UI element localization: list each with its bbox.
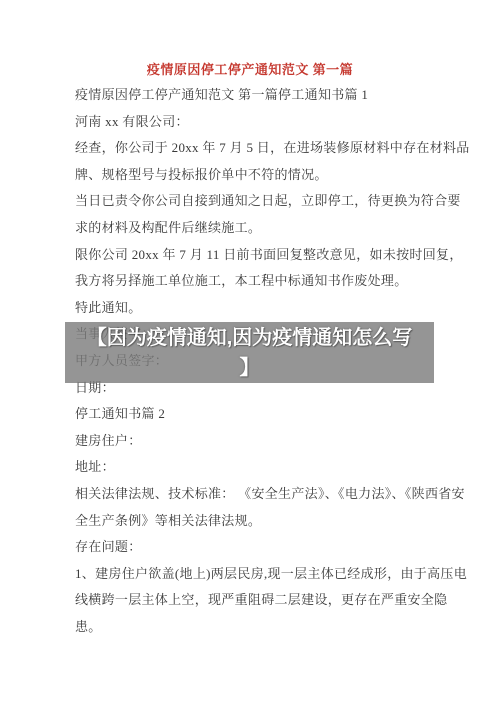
- doc-line: 特此通知。: [75, 295, 495, 322]
- doc-line: 患。: [75, 614, 495, 641]
- doc-line: 限你公司 20xx 年 7 月 11 日前书面回复整改意见，如未按时回复，: [75, 242, 495, 269]
- doc-line: 我方将另择施工单位施工，本工程中标通知书作废处理。: [75, 268, 495, 295]
- doc-line: 相关法律法规、技术标准： 《安全生产法》、《电力法》、《陕西省安: [75, 481, 495, 508]
- doc-line: 牌、规格型号与投标报价单中不符的情况。: [75, 162, 495, 189]
- doc-line: 当日已责令你公司自接到通知之日起，立即停工，待更换为符合要: [75, 188, 495, 215]
- doc-line: 全生产条例》等相关法律法规。: [75, 508, 495, 535]
- doc-line: 建房住户：: [75, 428, 495, 455]
- doc-line: 地址：: [75, 454, 495, 481]
- watermark-overlay-banner: 【因为疫情通知,因为疫情通知怎么写 】: [65, 322, 434, 383]
- doc-line: 河南 xx 有限公司：: [75, 109, 495, 136]
- document-page: 疫情原因停工停产通知范文 第一篇 疫情原因停工停产通知范文 第一篇停工通知书篇 …: [0, 0, 500, 706]
- doc-line: 求的材料及构配件后继续施工。: [75, 215, 495, 242]
- document-title: 疫情原因停工停产通知范文 第一篇: [0, 59, 500, 78]
- doc-line: 存在问题：: [75, 534, 495, 561]
- doc-line: 停工通知书篇 2: [75, 401, 495, 428]
- doc-line: 1、建房住户欲盖(地上)两层民房,现一层主体已经成形，由于高压电: [75, 561, 495, 588]
- doc-line: 经查，你公司于 20xx 年 7 月 5 日，在进场装修原材料中存在材料品: [75, 135, 495, 162]
- doc-line: 线横跨一层主体上空，现严重阻碍二层建设，更存在严重安全隐: [75, 587, 495, 614]
- watermark-text-line2: 】: [240, 353, 260, 383]
- watermark-text-line1: 【因为疫情通知,因为疫情通知怎么写: [87, 323, 413, 353]
- doc-line: 疫情原因停工停产通知范文 第一篇停工通知书篇 1: [75, 82, 495, 109]
